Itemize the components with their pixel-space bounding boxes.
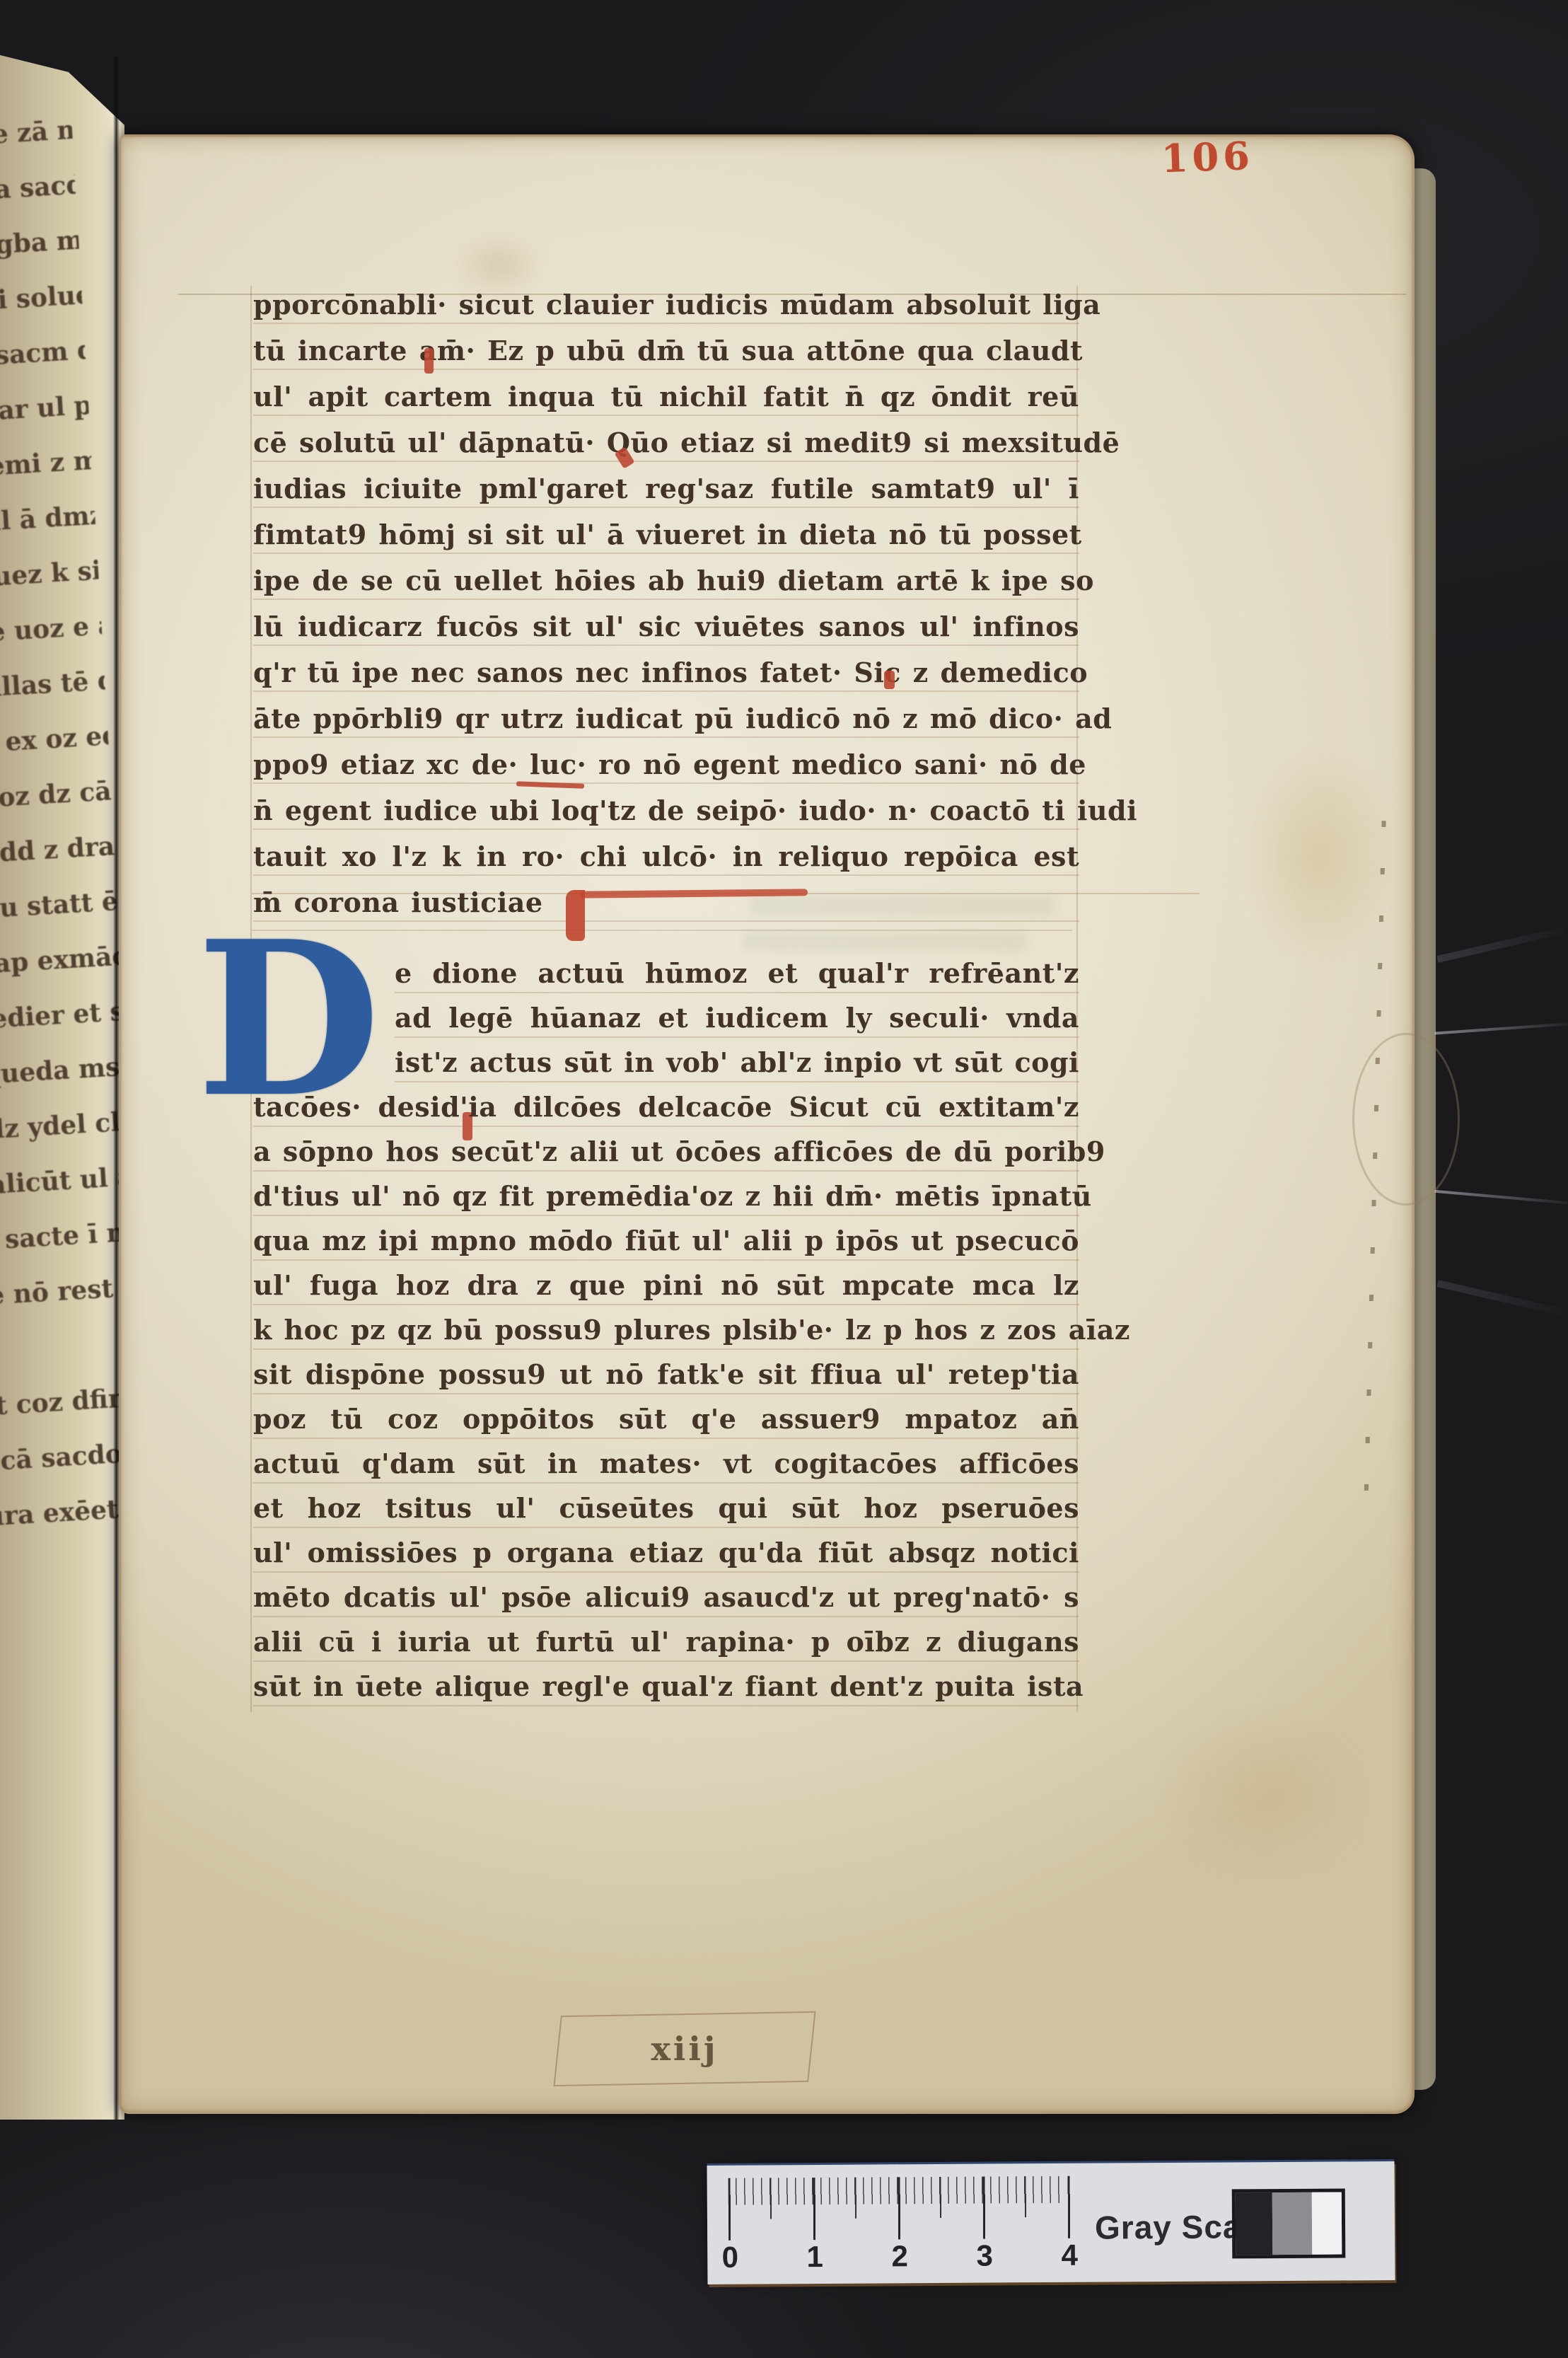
manuscript-text-line: mēto dcatis ul' psōe alicui9 asaucd'z ut… [253,1578,1079,1622]
manuscript-text-line: a sōpno hos secūt'z alii ut ōcōes afficō… [253,1132,1079,1177]
catchword: xiij [557,2013,812,2084]
manuscript-text-line: ul' apit cartem inqua tū nichil fatit n̄… [253,376,1079,422]
previous-page-text-line: z queda msanā [0,1039,129,1104]
manuscript-text-line: e dione actuū hūmoz et qual'r refrēant'z [395,954,1079,998]
clamp-highlight [1434,1190,1568,1204]
manuscript-text-line: actuū q'dam sūt in mates· vt cogitacōes … [253,1444,1079,1489]
manuscript-text-line: fimtat9 hōmj si sit ul' ā viueret in die… [253,514,1079,560]
grayscale-patches [1232,2188,1346,2258]
manuscript-text-line: ist'z actus sūt in vob' abl'z inpio vt s… [395,1043,1079,1087]
grayscale-patch-black [1236,2192,1273,2255]
clamp-highlight [1434,1022,1568,1034]
manuscript-text-line: pporcōnabli· sicut clauier iudicis mūdam… [253,284,1079,330]
manuscript-text-line: iudias iciuite pml'garet reg'saz futile … [253,468,1079,514]
plastic-clamp [1352,1033,1460,1206]
ruler-number: 4 [1055,2238,1084,2272]
ruler-number: 3 [970,2238,999,2272]
manuscript-text-line: et hoz tsitus ul' cūseūtes qui sūt hoz p… [253,1489,1079,1533]
manuscript-text-line: ipe de se cū uellet hōies ab hui9 dietam… [253,560,1079,606]
ruler-ticks-minor [728,2176,1064,2205]
previous-page-text-line: obedier et sē it [0,984,126,1049]
text-paragraph-1: pporcōnabli· sicut clauier iudicis mūdam… [253,284,1079,928]
manuscript-text-line: cē solutū ul' dāpnatū· Qūo etiaz si medi… [253,422,1079,468]
folio-number: 106 [1161,133,1255,182]
manuscript-text-line: poz tū coz oppōitos sūt q'e assuer9 mpat… [253,1399,1079,1444]
manuscript-text-line: alii cū i iuria ut furtū ul' rapina· p o… [253,1622,1079,1667]
previous-page-text-line: ssu statt ē [0,874,120,939]
clamp-highlight [1436,926,1567,963]
ruler-number: 2 [885,2239,914,2273]
manuscript-text-line: āte ppōrbli9 qr utrz iudicat pū iudicō n… [253,698,1079,744]
manuscript-text-line: sit dispōne possu9 ut nō fatk'e sit ffiu… [253,1355,1079,1399]
manuscript-text-line: ul' fuga hoz dra z que pini nō sūt mpcat… [253,1266,1079,1310]
manuscript-text-line: d'tius ul' nō qz fit premēdia'oz z hii d… [253,1177,1079,1221]
previous-page-text-line: um oz dz cā [0,763,113,828]
manuscript-text-line: q'r tū ipe nec sanos nec infinos fatet· … [253,652,1079,698]
manuscript-text-line: tū incarte am̄· Ez p ubū dm̄ tū sua attō… [253,330,1079,376]
text-paragraph-2: e dione actuū hūmoz et qual'r refrēant'z… [253,954,1079,1711]
ruler-number: 1 [801,2240,829,2274]
manuscript-text-line: n̄ egent iudice ubi loq'tz de seipō· iud… [253,790,1079,836]
previous-page-text-line: rem ex oz ed [0,708,110,773]
previous-page-text-line: dz ap exmāciō [0,929,123,994]
show-through-text [743,932,1026,951]
manuscript-text-line: k hoc pz qz bū possu9 plures plsib'e· lz… [253,1310,1079,1355]
manuscript-text-line: qua mz ipi mpno mōdo fiūt ul' alii p ipō… [253,1221,1079,1266]
manuscript-text-line: ppo9 etiaz xc de· luc· ro nō egent medic… [253,744,1079,790]
parchment-stain [1245,750,1393,962]
grayscale-patch-mid [1272,2192,1313,2255]
photo-backdrop: ōa tēde zā miscare·bear za sacdi sectōne… [0,0,1568,2358]
manuscript-text-line: tauit xo l'z k in ro· chi ulcō· in reliq… [253,836,1079,882]
parchment-stain [1160,1712,1372,1882]
manuscript-text-line: lū iudicarz fucōs sit ul' sic viuētes sa… [253,606,1079,652]
grayscale-card: 0 1 2 3 4 Gray Scale [707,2161,1395,2284]
ruler-number: 0 [716,2241,744,2275]
manuscript-text-line: tacōes· desid'ia dilcōes delcacōe Sicut … [253,1087,1079,1132]
rubrication-mark [424,348,434,374]
rubrication-mark [884,671,895,689]
manuscript-text-line: sūt in ūete alique regl'e qual'z fiant d… [253,1667,1079,1711]
manuscript-text-line: ad legē hūanaz et iudicem ly seculi· vnd… [395,998,1079,1043]
previous-page-edge: ōa tēde zā miscare·bear za sacdi sectōne… [0,0,124,2120]
previous-page-text-line: z dd z dra [0,819,116,884]
manuscript-text-line: ul' omissiōes p organa etiaz qu'da fiūt … [253,1533,1079,1578]
grayscale-patch-white [1312,2192,1342,2254]
clamp-highlight [1436,1280,1567,1317]
